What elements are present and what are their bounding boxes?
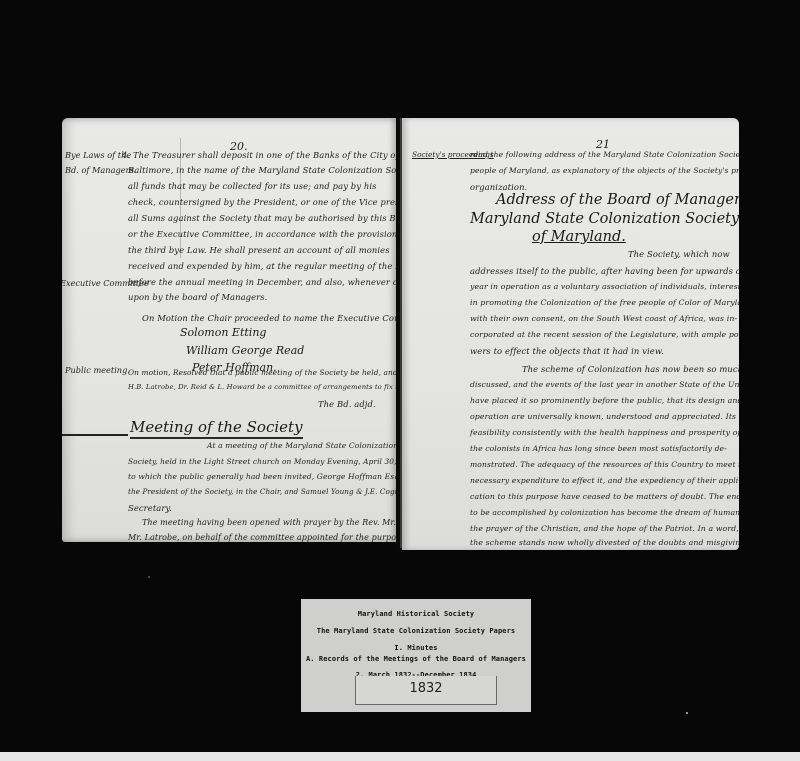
- text-line: the prayer of the Christian, and the hop…: [470, 524, 739, 533]
- text-line: cation to this purpose have ceased to be…: [470, 492, 739, 501]
- text-line: all funds that may be collected for its …: [128, 181, 377, 191]
- year-box: 1832: [355, 676, 497, 705]
- text-line: H.B. Latrobe, Dr. Reid & L. Howard be a …: [128, 383, 396, 391]
- address-heading: Address of the Board of Managers of the: [496, 192, 739, 208]
- text-line: necessary expenditure to effect it, and …: [470, 476, 739, 485]
- text-line: people of Maryland, as explanatory of th…: [470, 166, 739, 175]
- text-line: feasibility consistently with the health…: [470, 428, 739, 437]
- address-heading: of Maryland.: [532, 229, 626, 245]
- text-line: On Motion the Chair proceeded to name th…: [142, 313, 396, 323]
- left-page: 20. Bye Laws of the Bd. of Managers. Exe…: [62, 118, 396, 542]
- text-line: The Bd. adjd.: [318, 399, 376, 409]
- subseries-title: A. Records of the Meetings of the Board …: [301, 655, 531, 663]
- film-speck: [686, 712, 688, 714]
- series-title: I. Minutes: [301, 644, 531, 652]
- archive-label-card: Maryland Historical Society The Maryland…: [301, 599, 531, 712]
- text-line: operation are universally known, underst…: [470, 412, 736, 421]
- text-line: check, countersigned by the President, o…: [128, 197, 396, 207]
- text-line: have placed it so prominently before the…: [470, 396, 739, 405]
- text-line: received and expended by him, at the reg…: [128, 261, 396, 271]
- institution-name: Maryland Historical Society: [301, 610, 531, 618]
- text-line: or the Executive Committee, in accordanc…: [128, 229, 396, 239]
- text-line: all Sums against the Society that may be…: [128, 213, 396, 223]
- text-line: Baltimore, in the name of the Maryland S…: [128, 165, 396, 175]
- text-line: the scheme stands now wholly divested of…: [470, 538, 739, 547]
- text-line: in promoting the Colonization of the fre…: [470, 298, 739, 307]
- text-line: Secretary.: [128, 503, 172, 513]
- text-line: the President of the Society, in the Cha…: [128, 487, 396, 496]
- film-speck: [148, 576, 150, 578]
- text-line: organization.: [470, 182, 527, 192]
- text-line: to be accomplished by colonization has b…: [470, 508, 739, 517]
- committee-member: Solomon Etting: [180, 326, 266, 339]
- text-line: addresses itself to the public, after ha…: [470, 266, 739, 276]
- text-line: Society, held in the Light Street church…: [128, 457, 396, 466]
- section-heading: Meeting of the Society: [130, 418, 303, 436]
- right-page: 21 Society's proceedings read the follow…: [402, 118, 739, 550]
- text-line: 4. The Treasurer shall deposit in one of…: [122, 150, 396, 160]
- margin-note-public-meeting: Public meeting.: [65, 363, 130, 377]
- text-line: monstrated. The adequacy of the resource…: [470, 460, 739, 469]
- text-line: The Society, which now: [628, 249, 730, 259]
- margin-note-bye-laws-2: Bd. of Managers.: [65, 163, 136, 177]
- text-line: discussed, and the events of the last ye…: [470, 380, 739, 389]
- address-heading: Maryland State Colonization Society to t…: [470, 211, 739, 227]
- text-line: The meeting having been opened with pray…: [142, 518, 396, 527]
- text-line: The scheme of Colonization has now been …: [522, 364, 739, 374]
- section-divider: [62, 434, 128, 436]
- collection-title: The Maryland State Colonization Society …: [301, 627, 531, 635]
- text-line: wers to effect the objects that it had i…: [470, 346, 664, 356]
- bottom-strip: [0, 752, 800, 761]
- committee-member: William George Read: [186, 344, 304, 357]
- text-line: the colonists in Africa has long since b…: [470, 444, 727, 453]
- text-line: before the annual meeting in December, a…: [128, 277, 396, 287]
- text-line: Mr. Latrobe, on behalf of the committee …: [128, 533, 396, 542]
- text-line: upon by the board of Managers.: [128, 292, 267, 302]
- text-line: corporated at the recent session of the …: [470, 330, 739, 339]
- year-text: 1832: [356, 681, 496, 696]
- text-line: year in operation as a voluntary associa…: [470, 282, 739, 291]
- text-line: On motion, Resolved that a public meetin…: [128, 368, 396, 377]
- text-line: the third bye Law. He shall present an a…: [128, 245, 390, 255]
- text-line: read the following address of the Maryla…: [470, 150, 739, 159]
- text-line: At a meeting of the Maryland State Colon…: [207, 441, 396, 450]
- text-line: with their own consent, on the South Wes…: [470, 314, 737, 323]
- text-line: to which the public generally had been i…: [128, 472, 396, 481]
